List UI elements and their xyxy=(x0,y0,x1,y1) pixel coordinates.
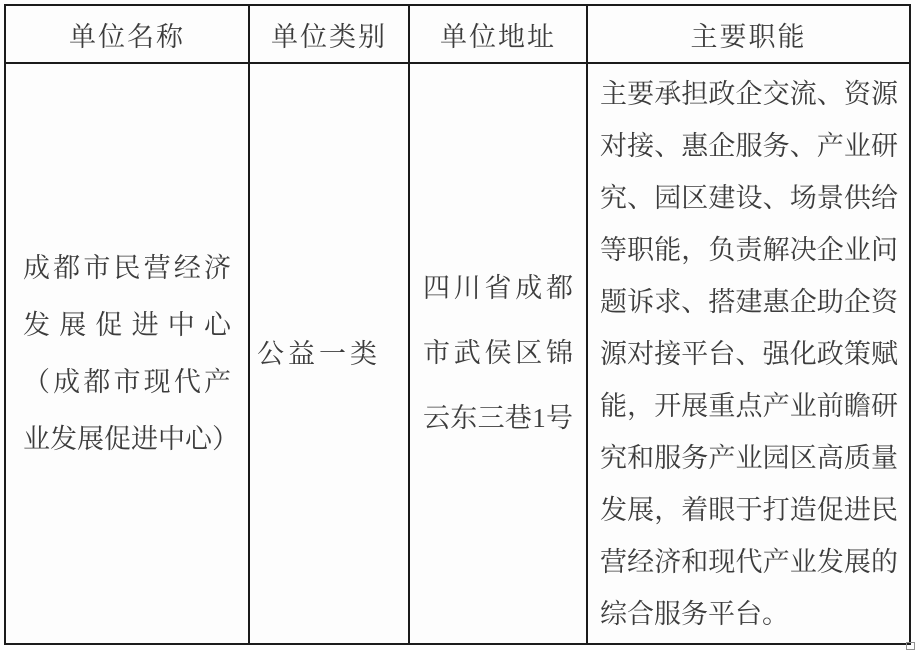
unit-address-text: 四川省成都市武侯区锦云东三巷1号 xyxy=(411,256,585,451)
unit-name-text: 成都市民营经济发展促进中心（成都市现代产业发展促进中心） xyxy=(7,240,247,468)
unit-category-text: 公益一类 xyxy=(251,337,407,371)
document-page: 单位名称 单位类别 单位地址 主要职能 成都市民营经济发展促进中心（成都市现代产… xyxy=(0,0,920,650)
header-unit-name: 单位名称 xyxy=(5,5,249,63)
scan-artifact-mark xyxy=(906,642,915,650)
header-main-functions: 主要职能 xyxy=(587,5,910,63)
table-row: 成都市民营经济发展促进中心（成都市现代产业发展促进中心） 公益一类 四川省成都市… xyxy=(5,63,910,644)
unit-address-cell: 四川省成都市武侯区锦云东三巷1号 xyxy=(409,63,587,644)
unit-category-cell: 公益一类 xyxy=(249,63,409,644)
unit-name-cell: 成都市民营经济发展促进中心（成都市现代产业发展促进中心） xyxy=(5,63,249,644)
header-row: 单位名称 单位类别 单位地址 主要职能 xyxy=(5,5,910,63)
main-functions-text: 主要承担政企交流、资源对接、惠企服务、产业研究、园区建设、场景供给等职能，负责解… xyxy=(589,68,908,640)
header-unit-address: 单位地址 xyxy=(409,5,587,63)
unit-info-table: 单位名称 单位类别 单位地址 主要职能 成都市民营经济发展促进中心（成都市现代产… xyxy=(4,4,911,645)
main-functions-cell: 主要承担政企交流、资源对接、惠企服务、产业研究、园区建设、场景供给等职能，负责解… xyxy=(587,63,910,644)
header-unit-category: 单位类别 xyxy=(249,5,409,63)
